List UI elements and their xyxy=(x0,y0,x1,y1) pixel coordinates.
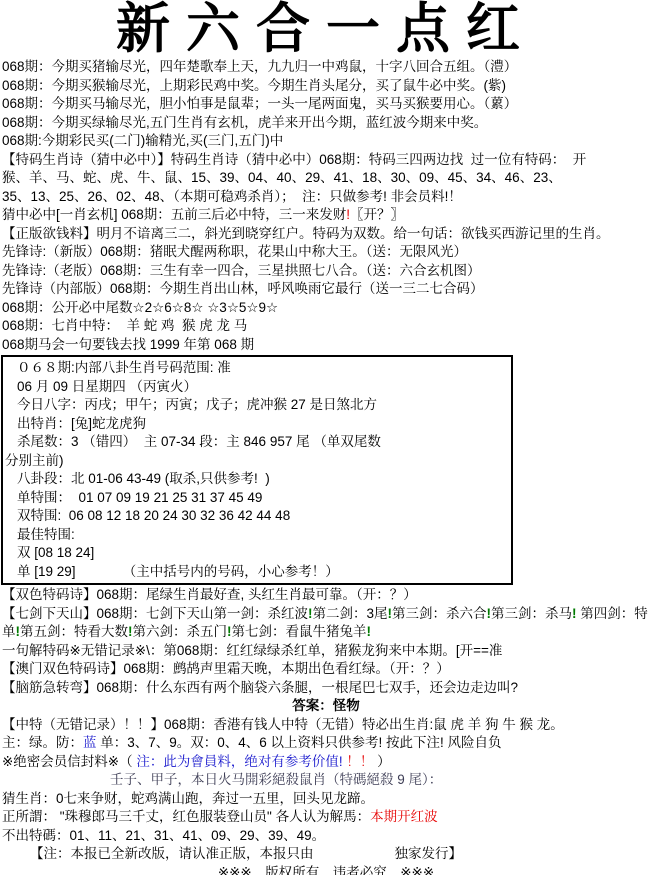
text-span: 068期：今期买猴输尽光，上期彩民鸡中奖。今期生肖头尾分，买了鼠牛必中奖。(紫) xyxy=(2,78,506,93)
text-line: 35、13、25、26、02、48、（本期可稳鸡杀肖）； 注：只做参考! 非会员… xyxy=(0,188,652,207)
text-line: 猜生肖：0七来争财，蛇鸡满山跑，奔过一五里，回头见龙蹄。 xyxy=(0,790,652,809)
text-line: 【特码生肖诗（猜中必中）】特码生肖诗（猜中必中）068期：特码三四两边找 过一位… xyxy=(0,151,652,170)
text-line: 【脑筋急转弯】068期：什么东西有两个脑袋六条腿，一根尾巴七双手，还会边走边叫? xyxy=(0,679,652,698)
text-line: 双特围: 06 08 12 18 20 24 30 32 36 42 44 48 xyxy=(3,507,511,526)
bottom-section: 【双色特码诗】068期：尾绿生肖最好查, 头红生肖最可靠。（开：？）【七剑下天山… xyxy=(0,586,652,875)
text-span: 【双色特码诗】068期：尾绿生肖最好查, 头红生肖最可靠。（开：？） xyxy=(2,587,417,602)
text-line: 068期：七肖中特： 羊 蛇 鸡 猴 虎 龙 马 xyxy=(0,317,652,336)
text-span: ０６８期:内部八卦生肖号码范围: 准 xyxy=(17,360,231,375)
text-span: 第二剑：3尾 xyxy=(313,606,388,621)
text-span: 【注：本报已全新改版，请认准正版，本报只由 独家发行】 xyxy=(30,846,462,861)
text-span: 068期：今期买马输尽光，胆小怕事是鼠辈；一头一尾两面鬼，买马买猴要用心。（蔂） xyxy=(2,96,517,111)
text-line: 答案：怪物 xyxy=(0,697,652,716)
text-span: 068期：今期买猪输尽光，四年楚歌奉上天，九九归一中鸡鼠，十字八回合五组。（澧） xyxy=(2,59,517,74)
text-line: 06 月 09 日星期四 （丙寅火） xyxy=(3,378,511,397)
text-line: ※※※ 版权所有 违者必究 ※※※ xyxy=(0,864,652,875)
text-span: ※※※ 版权所有 违者必究 ※※※ xyxy=(218,865,434,875)
text-span: 单 [19 29] （主中括号内的号码，小心参考！） xyxy=(17,564,339,579)
text-span: 猜中必中[一肖玄机] 068期：五前三后必中特，三一来发财 xyxy=(2,207,346,222)
text-line: 猴、羊、马、蛇、虎、牛、鼠、15、39、04、40、29、41、18、30、09… xyxy=(0,169,652,188)
eight-trigram-box: ０６８期:内部八卦生肖号码范围: 准06 月 09 日星期四 （丙寅火）今日八字… xyxy=(1,355,513,585)
text-line: 068期：公开必中尾数☆2☆6☆8☆ ☆3☆5☆9☆ xyxy=(0,299,652,318)
text-line: 主：绿。防：蓝 单：3、7、9。双：0、4、6 以上资料只供参考! 按此下注! … xyxy=(0,734,652,753)
text-span: 第六剑：杀五门 xyxy=(133,624,228,639)
text-span: 〖开？〗 xyxy=(350,207,404,222)
text-line: 【正版欲钱料】明月不谙离三二，斜光到晓穿红户。特码为双数。给一句话：欲钱买西游记… xyxy=(0,225,652,244)
text-line: 先锋诗:（老版）068期：三生有幸一四合，三星拱照七八合。（送：六合玄机图） xyxy=(0,262,652,281)
text-span: 第三剑：杀马 xyxy=(491,606,572,621)
text-span: ※绝密会员信封料※（ xyxy=(2,754,136,769)
text-span: 068期：公开必中尾数☆2☆6☆8☆ ☆3☆5☆9☆ xyxy=(2,300,278,315)
text-line: 068期：今期买猴输尽光，上期彩民鸡中奖。今期生肖头尾分，买了鼠牛必中奖。(紫) xyxy=(0,77,652,96)
text-line: 先锋诗（内部版）068期：今期生肖出山林，呼风唤雨它最行（送一三二七合码） xyxy=(0,280,652,299)
text-span: 【澳门双色特码诗】068期：鹧鸪声里霜天晚，本期出色看红绿。（开：？） xyxy=(2,661,450,676)
text-span: 猴、羊、马、蛇、虎、牛、鼠、15、39、04、40、29、41、18、30、09… xyxy=(2,170,562,185)
text-line: 分别主前) xyxy=(3,452,511,471)
text-span: 分别主前) xyxy=(5,453,64,468)
text-span: 壬子、甲子，本日火马開彩絕殺鼠肖（特碼絕殺 9 尾）： xyxy=(110,772,442,787)
text-span: ！！ xyxy=(343,754,374,769)
text-span: 单特围： 01 07 09 19 21 25 31 37 45 49 xyxy=(17,490,262,505)
text-line: 068期：今期买绿输尽光,五门生肖有玄机，虎羊来开出今期，蓝红波今期来中奖。 xyxy=(0,114,652,133)
text-line: 猜中必中[一肖玄机] 068期：五前三后必中特，三一来发财!〖开？〗 xyxy=(0,206,652,225)
text-line: 【双色特码诗】068期：尾绿生肖最好查, 头红生肖最可靠。（开：？） xyxy=(0,586,652,605)
text-span: 【正版欲钱料】明月不谙离三二，斜光到晓穿红户。特码为双数。给一句话：欲钱买西游记… xyxy=(2,226,610,241)
text-line: 双 [08 18 24] xyxy=(3,544,511,563)
text-line: 068期：今期买马输尽光，胆小怕事是鼠辈；一头一尾两面鬼，买马买猴要用心。（蔂） xyxy=(0,95,652,114)
text-span: 068期：今期买绿输尽光,五门生肖有玄机，虎羊来开出今期，蓝红波今期来中奖。 xyxy=(2,115,487,130)
text-span: 蓝 xyxy=(83,735,97,750)
text-span: 第五剑：特看大数 xyxy=(20,624,128,639)
text-line: ０６８期:内部八卦生肖号码范围: 准 xyxy=(3,359,511,378)
text-span: 双 [08 18 24] xyxy=(17,545,94,560)
text-line: 杀尾数：3 （错四） 主 07-34 段：主 846 957 尾 （单双尾数 xyxy=(3,433,511,452)
text-line: 正所謂： "珠穆郎马三千丈，红色服装登山员" 各人认为解馬：本期开红波 xyxy=(0,808,652,827)
text-span: 第七剑：看鼠牛猪兔羊 xyxy=(232,624,367,639)
text-span: 双特围: 06 08 12 18 20 24 30 32 36 42 44 48 xyxy=(17,508,290,523)
text-span: 【脑筋急转弯】068期：什么东西有两个脑袋六条腿，一根尾巴七双手，还会边走边叫? xyxy=(2,680,518,695)
text-span: 本期开红波 xyxy=(370,809,438,824)
text-line: 最佳特围: xyxy=(3,526,511,545)
text-span: 068期马会一句要钱去找 1999 年第 068 期 xyxy=(2,337,254,352)
text-span: 猜生肖：0七来争财，蛇鸡满山跑，奔过一五里，回头见龙蹄。 xyxy=(2,791,374,806)
text-span: 先锋诗（内部版）068期：今期生肖出山林，呼风唤雨它最行（送一三二七合码） xyxy=(2,281,484,296)
text-line: 【七剑下天山】068期：七剑下天山第一剑：杀红波!第二剑：3尾!第三剑：杀六合!… xyxy=(0,605,652,642)
text-span: 杀尾数：3 （错四） 主 07-34 段：主 846 957 尾 （单双尾数 xyxy=(17,434,381,449)
text-span: 06 月 09 日星期四 （丙寅火） xyxy=(17,379,197,394)
text-line: 出特肖：[兔]蛇龙虎狗 xyxy=(3,415,511,434)
text-line: 068期：今期买猪输尽光，四年楚歌奉上天，九九归一中鸡鼠，十字八回合五组。（澧） xyxy=(0,58,652,77)
text-line: ※绝密会员信封料※（ 注：此为會員料，绝对有参考价值! ！！ ） xyxy=(0,753,652,772)
text-span: 正所謂： "珠穆郎马三千丈，红色服装登山员" 各人认为解馬： xyxy=(2,809,370,824)
text-span: 【中特（无错记录）！！】068期：香港有钱人中特（无错）特必出生肖:鼠 虎 羊 … xyxy=(2,717,564,732)
page-title: 新六合一点红 xyxy=(0,0,652,58)
page: 新六合一点红 068期：今期买猪输尽光，四年楚歌奉上天，九九归一中鸡鼠，十字八回… xyxy=(0,0,652,875)
text-span: 单：3、7、9。双：0、4、6 以上资料只供参考! 按此下注! 风险自负 xyxy=(97,735,502,750)
text-span: 一句解特码※无错记录※\：第068期：红红绿绿杀红单，猪猴龙狗来中本期。[开==… xyxy=(2,643,502,658)
text-span: 先锋诗:（新版）068期：猪眠犬醒两称职，花果山中称大王。（送：无限风光） xyxy=(2,244,467,259)
text-span: 先锋诗:（老版）068期：三生有幸一四合，三星拱照七八合。（送：六合玄机图） xyxy=(2,263,481,278)
text-line: 先锋诗:（新版）068期：猪眠犬醒两称职，花果山中称大王。（送：无限风光） xyxy=(0,243,652,262)
text-line: 壬子、甲子，本日火马開彩絕殺鼠肖（特碼絕殺 9 尾）： xyxy=(0,771,652,790)
text-span: 不出特碼：01、11、21、31、41、09、29、39、49。 xyxy=(2,828,325,843)
text-span: 【特码生肖诗（猜中必中）】特码生肖诗（猜中必中）068期：特码三四两边找 过一位… xyxy=(2,152,586,167)
text-line: 今日八字：丙戌；甲午；丙寅；戊子；虎冲猴 27 是日煞北方 xyxy=(3,396,511,415)
top-section: 068期：今期买猪输尽光，四年楚歌奉上天，九九归一中鸡鼠，十字八回合五组。（澧）… xyxy=(0,58,652,354)
text-span: ） xyxy=(373,754,390,769)
text-line: 【中特（无错记录）！！】068期：香港有钱人中特（无错）特必出生肖:鼠 虎 羊 … xyxy=(0,716,652,735)
text-span: 第三剑：杀六合 xyxy=(392,606,487,621)
text-span: 【七剑下天山】068期：七剑下天山第一剑：杀红波 xyxy=(2,606,308,621)
text-span: 注：此为會員料，绝对有参考价值! xyxy=(136,754,342,769)
text-line: 068期马会一句要钱去找 1999 年第 068 期 xyxy=(0,336,652,355)
text-line: 单 [19 29] （主中括号内的号码，小心参考！） xyxy=(3,563,511,582)
text-line: 【澳门双色特码诗】068期：鹧鸪声里霜天晚，本期出色看红绿。（开：？） xyxy=(0,660,652,679)
text-line: 【注：本报已全新改版，请认准正版，本报只由 独家发行】 xyxy=(0,845,652,864)
text-line: 不出特碼：01、11、21、31、41、09、29、39、49。 xyxy=(0,827,652,846)
text-span: ! xyxy=(367,624,372,639)
text-line: 一句解特码※无错记录※\：第068期：红红绿绿杀红单，猪猴龙狗来中本期。[开==… xyxy=(0,642,652,661)
text-span: 068期：七肖中特： 羊 蛇 鸡 猴 虎 龙 马 xyxy=(2,318,247,333)
text-span: 答案：怪物 xyxy=(292,698,360,713)
text-span: 出特肖：[兔]蛇龙虎狗 xyxy=(17,416,146,431)
text-span: 主：绿。防： xyxy=(2,735,83,750)
text-line: 单特围： 01 07 09 19 21 25 31 37 45 49 xyxy=(3,489,511,508)
text-span: 068期:今期彩民买(二门)输精光,买(三门,五门)中 xyxy=(2,133,283,148)
text-span: 今日八字：丙戌；甲午；丙寅；戊子；虎冲猴 27 是日煞北方 xyxy=(17,397,377,412)
text-span: 最佳特围: xyxy=(17,527,75,542)
text-span: 35、13、25、26、02、48、（本期可稳鸡杀肖）； 注：只做参考! 非会员… xyxy=(2,189,462,204)
text-line: 八卦段：北 01-06 43-49 (取杀,只供参考! ) xyxy=(3,470,511,489)
text-span: 八卦段：北 01-06 43-49 (取杀,只供参考! ) xyxy=(17,471,270,486)
text-line: 068期:今期彩民买(二门)输精光,买(三门,五门)中 xyxy=(0,132,652,151)
